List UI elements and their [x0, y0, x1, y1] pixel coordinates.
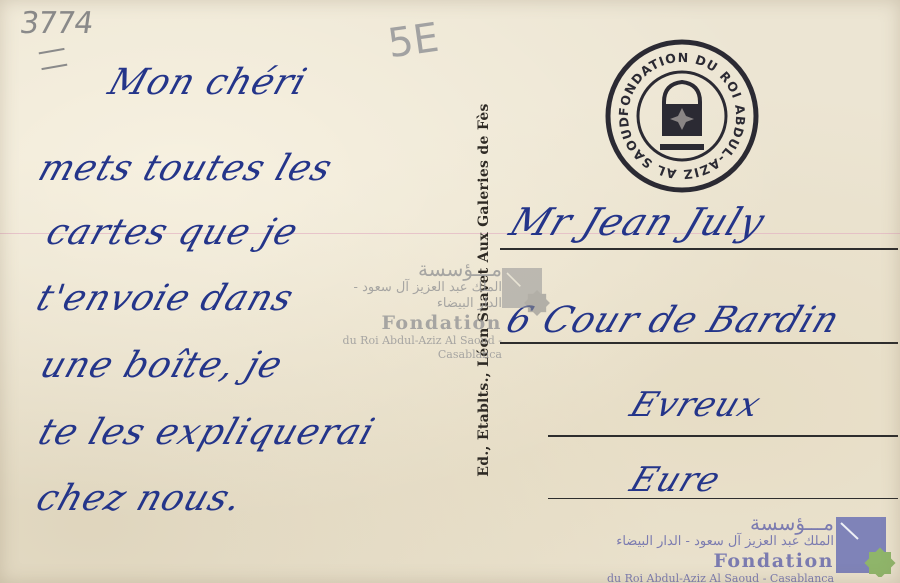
message-line-5: une boîte, je — [35, 345, 288, 386]
message-line-1: Mon chéri — [103, 62, 312, 103]
watermark-faded: مـــؤسسة الملك عبد العزيز آل سعود - الدا… — [330, 258, 502, 362]
address-line-department: Eure — [625, 460, 727, 500]
message-line-4: t'envoie dans — [31, 278, 299, 319]
message-line-7: chez nous. — [31, 478, 247, 519]
watermark-french-subtitle: du Roi Abdul-Aziz Al Saoud - Casablanca — [330, 334, 502, 362]
address-line-city: Evreux — [625, 385, 767, 425]
message-line-6: te les expliquerai — [33, 412, 380, 453]
message-line-2: mets toutes les — [33, 148, 337, 189]
message-line-3: cartes que je — [41, 212, 303, 253]
address-rule-2 — [500, 342, 898, 344]
watermark-arabic-subtitle: الملك عبد العزيز آل سعود - الدار البيضاء — [330, 280, 502, 312]
watermark-br-arabic-title: مـــؤسسة — [600, 512, 834, 534]
address-line-name: Mr Jean July — [504, 200, 771, 244]
foundation-star-logo-icon — [502, 268, 552, 318]
pencil-price-mark: 5E — [385, 15, 442, 68]
archive-underline-mark — [39, 48, 68, 70]
address-rule-1 — [500, 248, 898, 250]
archive-number: 3774 — [18, 6, 95, 41]
fountain-emblem-icon — [664, 82, 700, 134]
address-rule-4 — [548, 498, 898, 499]
watermark-arabic-title: مـــؤسسة — [330, 258, 502, 280]
foundation-star-logo-icon — [836, 517, 896, 577]
watermark-br-french-title: Fondation — [600, 550, 834, 572]
postcard-back: 3774 5E Mon chéri mets toutes les cartes… — [0, 0, 900, 583]
foundation-ink-stamp: FONDATION DU ROI ABDUL-AZIZ AL SAOUD — [602, 36, 762, 196]
address-rule-3 — [548, 435, 898, 437]
watermark-french-title: Fondation — [330, 312, 502, 334]
watermark-br-arabic-subtitle: الملك عبد العزيز آل سعود - الدار البيضاء — [600, 534, 834, 550]
watermark-br-french-subtitle: du Roi Abdul-Aziz Al Saoud - Casablanca — [600, 572, 834, 583]
watermark-foundation: مـــؤسسة الملك عبد العزيز آل سعود - الدا… — [600, 512, 834, 583]
address-line-street: 6 Cour de Bardin — [501, 300, 846, 341]
